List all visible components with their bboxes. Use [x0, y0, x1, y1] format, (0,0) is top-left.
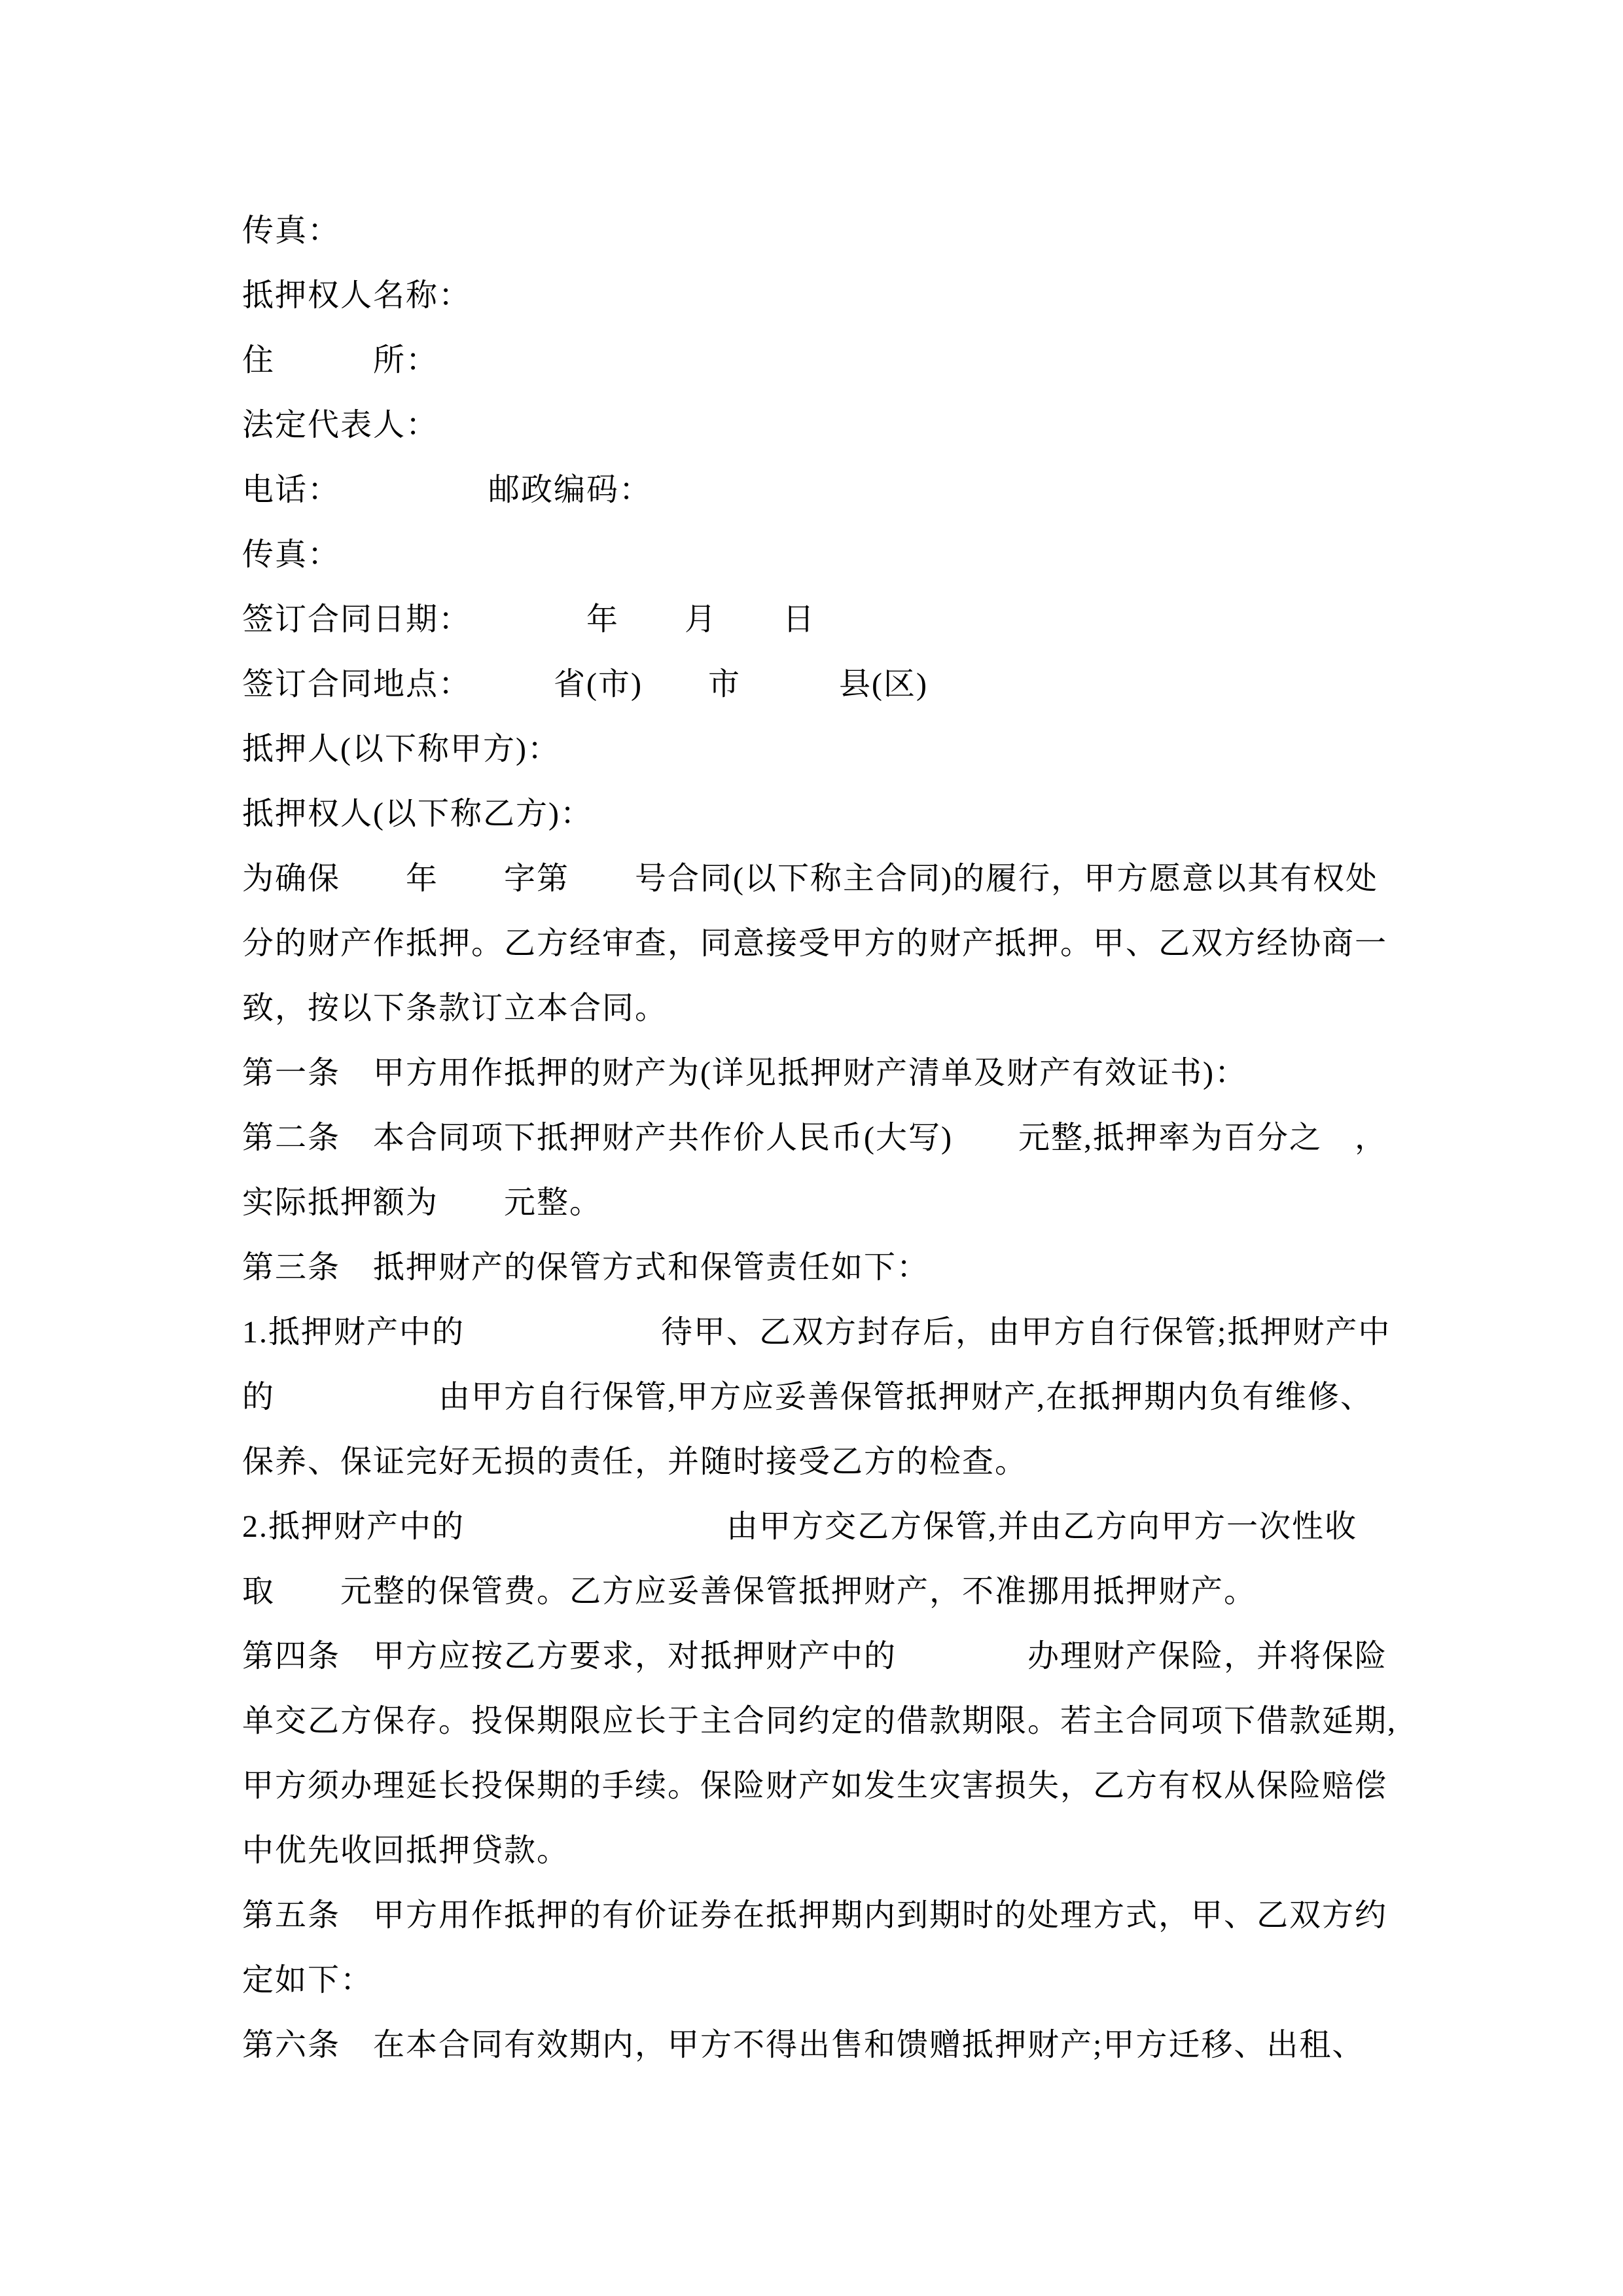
- legal-representative-line: 法定代表人：: [242, 393, 1433, 457]
- preamble-line-3: 致，按以下条款订立本合同。: [242, 976, 1433, 1041]
- document-page: 传真： 抵押权人名称： 住 所： 法定代表人： 电话： 邮政编码： 传真： 签订…: [0, 0, 1623, 2296]
- article-3-line: 第三条 抵押财产的保管方式和保管责任如下：: [242, 1235, 1433, 1300]
- article-3-item-2-line-2: 取 元整的保管费。乙方应妥善保管抵押财产，不准挪用抵押财产。: [242, 1559, 1433, 1624]
- article-3-item-2-line-1: 2.抵押财产中的 由甲方交乙方保管,并由乙方向甲方一次性收: [242, 1494, 1433, 1559]
- article-3-item-1-line-3: 保养、保证完好无损的责任，并随时接受乙方的检查。: [242, 1429, 1433, 1494]
- preamble-line-2: 分的财产作抵押。乙方经审查，同意接受甲方的财产抵押。甲、乙双方经协商一: [242, 911, 1433, 976]
- article-3-item-1-line-2: 的 由甲方自行保管,甲方应妥善保管抵押财产,在抵押期内负有维修、: [242, 1365, 1433, 1429]
- contract-text-block: 传真： 抵押权人名称： 住 所： 法定代表人： 电话： 邮政编码： 传真： 签订…: [242, 198, 1433, 2077]
- article-6-line-1: 第六条 在本合同有效期内，甲方不得出售和馈赠抵押财产;甲方迁移、出租、: [242, 2013, 1433, 2077]
- article-5-line-2: 定如下：: [242, 1948, 1433, 2013]
- article-4-line-2: 单交乙方保存。投保期限应长于主合同约定的借款期限。若主合同项下借款延期,: [242, 1689, 1433, 1753]
- article-2-line-1: 第二条 本合同项下抵押财产共作价人民币(大写) 元整,抵押率为百分之 ，: [242, 1105, 1433, 1170]
- signing-place-line: 签订合同地点： 省(市) 市 县(区): [242, 652, 1433, 717]
- article-2-line-2: 实际抵押额为 元整。: [242, 1170, 1433, 1235]
- signing-date-line: 签订合同日期： 年 月 日: [242, 587, 1433, 652]
- mortgagee-name-line: 抵押权人名称：: [242, 263, 1433, 328]
- article-3-item-1-line-1: 1.抵押财产中的 待甲、乙双方封存后，由甲方自行保管;抵押财产中: [242, 1300, 1433, 1365]
- phone-postcode-line: 电话： 邮政编码：: [242, 457, 1433, 522]
- article-4-line-3: 甲方须办理延长投保期的手续。保险财产如发生灾害损失，乙方有权从保险赔偿: [242, 1753, 1433, 1818]
- article-5-line-1: 第五条 甲方用作抵押的有价证券在抵押期内到期时的处理方式，甲、乙双方约: [242, 1883, 1433, 1948]
- residence-line: 住 所：: [242, 328, 1433, 393]
- mortgagor-party-line: 抵押人(以下称甲方)：: [242, 717, 1433, 781]
- fax-line-1: 传真：: [242, 198, 1433, 263]
- mortgagee-party-line: 抵押权人(以下称乙方)：: [242, 781, 1433, 846]
- preamble-line-1: 为确保 年 字第 号合同(以下称主合同)的履行，甲方愿意以其有权处: [242, 846, 1433, 911]
- article-4-line-4: 中优先收回抵押贷款。: [242, 1818, 1433, 1883]
- article-1-line: 第一条 甲方用作抵押的财产为(详见抵押财产清单及财产有效证书)：: [242, 1041, 1433, 1105]
- article-4-line-1: 第四条 甲方应按乙方要求，对抵押财产中的 办理财产保险，并将保险: [242, 1624, 1433, 1689]
- fax-line-2: 传真：: [242, 522, 1433, 587]
